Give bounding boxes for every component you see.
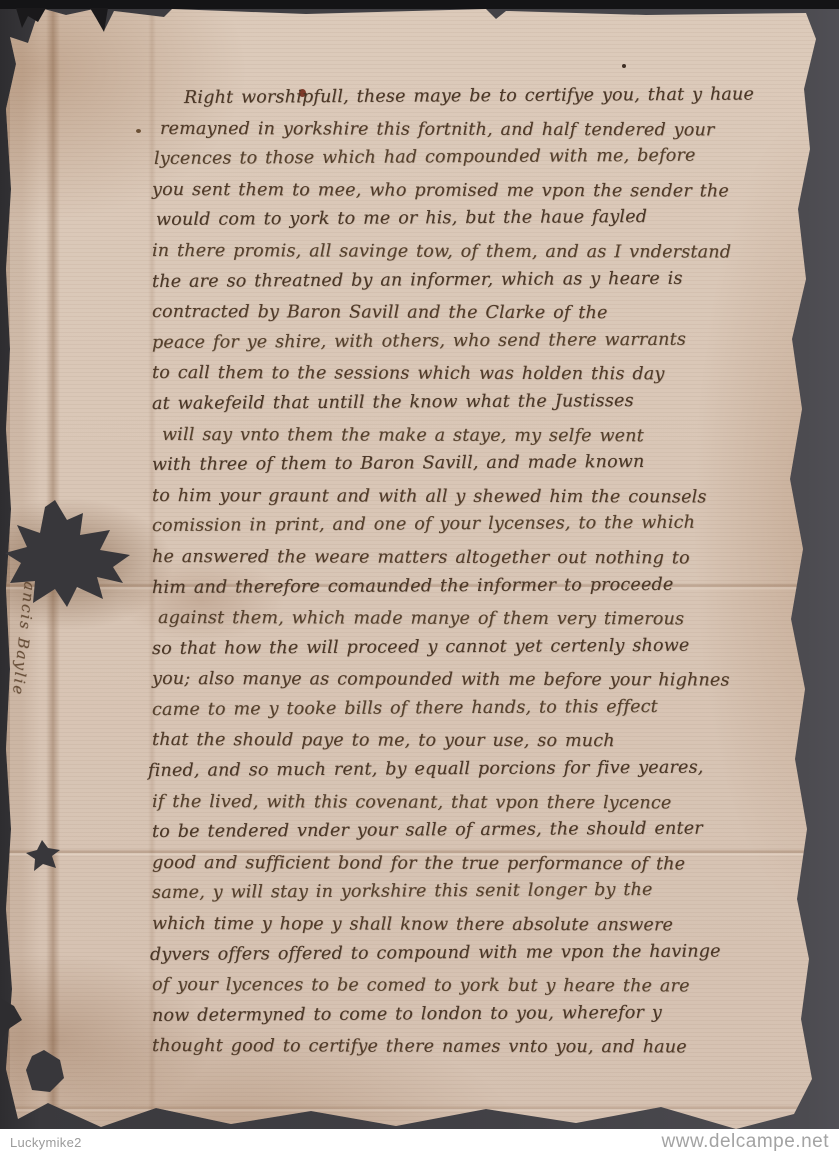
manuscript-line: thought good to certifye there names vnt…	[152, 1031, 812, 1063]
manuscript-line: him and therefore comaunded the informer…	[152, 568, 812, 603]
manuscript-line: dyvers offers offered to compound with m…	[150, 936, 812, 971]
watermark-bar: Luckymike2 www.delcampe.net	[0, 1129, 839, 1155]
ink-speck	[136, 129, 141, 133]
manuscript-line: so that how the will proceed y cannot ye…	[152, 630, 812, 665]
torn-hole-small-lower	[26, 1050, 66, 1094]
manuscript-text: Right worshipfull, these maye be to cert…	[152, 83, 812, 1062]
manuscript-line: came to me y tooke bills of there hands,…	[152, 691, 812, 726]
manuscript-line: with three of them to Baron Savill, and …	[152, 446, 812, 481]
manuscript-line: the are so threatned by an informer, whi…	[152, 263, 812, 298]
watermark-username: Luckymike2	[10, 1135, 82, 1150]
horizontal-crease-bottom	[6, 1105, 816, 1112]
left-edge-tear	[0, 998, 24, 1040]
manuscript-line: now determyned to come to london to you,…	[152, 997, 812, 1032]
manuscript-line: same, y will stay in yorkshire this seni…	[152, 874, 812, 909]
manuscript-line: Right worshipfull, these maye be to cert…	[184, 79, 812, 113]
torn-hole-large	[5, 495, 137, 617]
watermark-site: www.delcampe.net	[662, 1131, 829, 1153]
manuscript-line: lycences to those which had compounded w…	[154, 140, 812, 175]
manuscript-line: to be tendered vnder your salle of armes…	[152, 813, 812, 848]
torn-hole-small-upper	[26, 840, 62, 872]
ink-speck	[622, 64, 626, 68]
manuscript-line: fined, and so much rent, by equall porci…	[148, 752, 812, 787]
manuscript-line: at wakefeild that untill the know what t…	[152, 385, 812, 420]
manuscript-line: would com to york to me or his, but the …	[156, 201, 812, 236]
manuscript-line: comission in print, and one of your lyce…	[152, 507, 812, 542]
manuscript-line: peace for ye shire, with others, who sen…	[152, 324, 812, 359]
photo-of-letter: ffrancis Baylie Right worshipfull, these…	[0, 0, 839, 1129]
top-edge-tear	[16, 8, 126, 42]
